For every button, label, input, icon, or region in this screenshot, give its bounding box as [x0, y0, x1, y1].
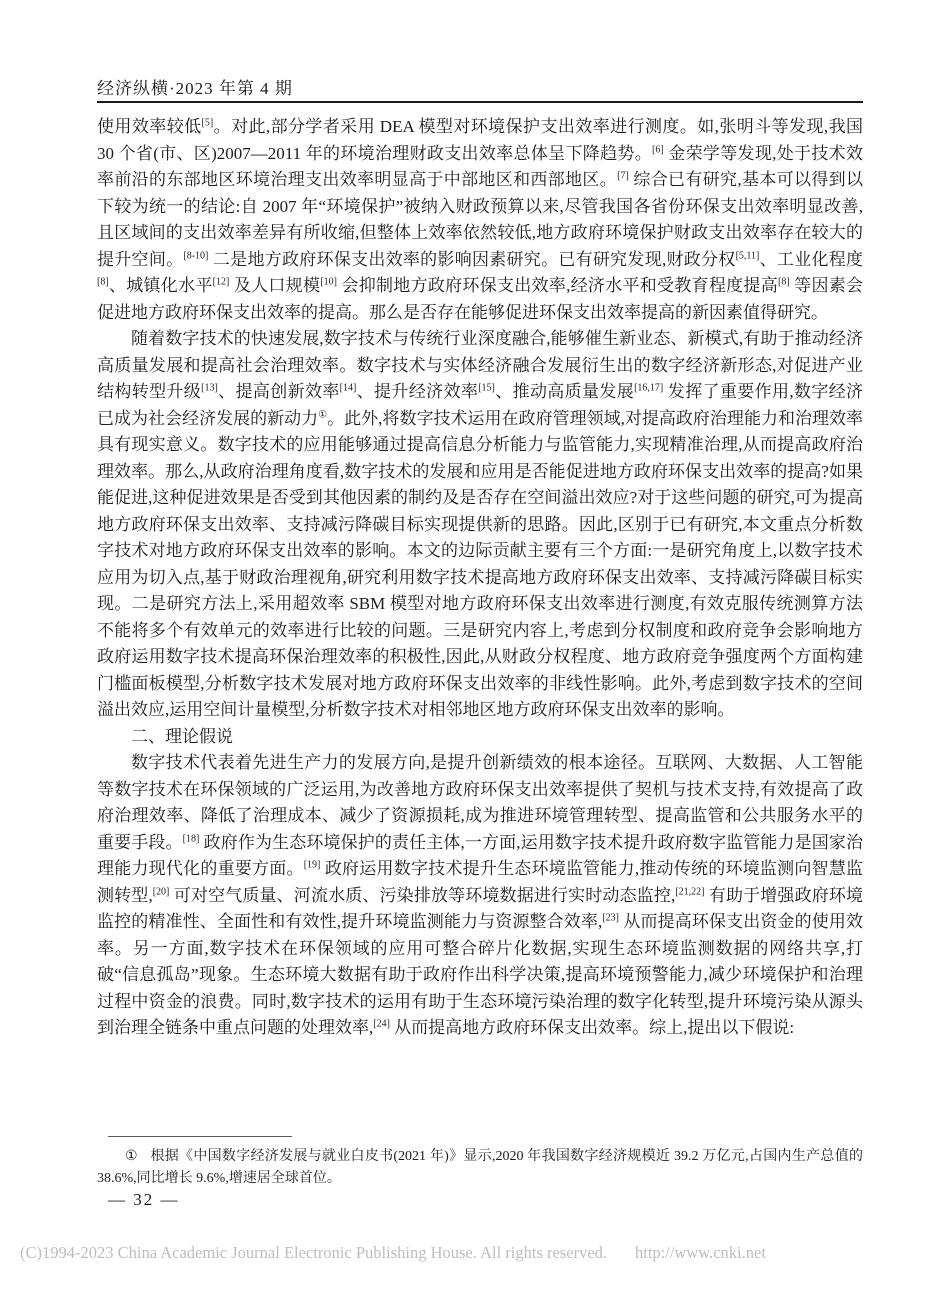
- footnote-rule: [108, 1136, 292, 1137]
- paragraph: 随着数字技术的快速发展,数字技术与传统行业深度融合,能够催生新业态、新模式,有助…: [97, 326, 863, 724]
- footer-copyright: (C)1994-2023 China Academic Journal Elec…: [20, 1243, 607, 1262]
- footnote: ①根据《中国数字经济发展与就业白皮书(2021 年)》显示,2020 年我国数字…: [97, 1146, 863, 1190]
- footnote-marker: ①: [125, 1149, 138, 1164]
- page-number: — 32 —: [108, 1190, 180, 1210]
- citation-marker: [24]: [373, 1018, 390, 1029]
- paragraph: 数字技术代表着先进生产力的发展方向,是提升创新绩效的根本途径。互联网、大数据、人…: [97, 750, 863, 1042]
- citation-marker: [7]: [617, 170, 629, 181]
- citation-marker: [5]: [202, 117, 214, 128]
- citation-marker: [23]: [602, 912, 619, 923]
- footer-watermark: (C)1994-2023 China Academic Journal Elec…: [20, 1243, 930, 1263]
- section-heading: 二、理论假说: [97, 724, 863, 751]
- article-body: 使用效率较低[5]。对此,部分学者采用 DEA 模型对环境保护支出效率进行测度。…: [97, 114, 863, 1042]
- citation-marker: [14]: [340, 382, 357, 393]
- paragraph: 使用效率较低[5]。对此,部分学者采用 DEA 模型对环境保护支出效率进行测度。…: [97, 114, 863, 326]
- citation-marker: [12]: [213, 276, 230, 287]
- citation-marker: [8]: [778, 276, 790, 287]
- footer-url: http://www.cnki.net: [635, 1243, 766, 1262]
- citation-marker: [19]: [304, 859, 321, 870]
- citation-marker: [18]: [183, 833, 200, 844]
- footnote-paragraph: ①根据《中国数字经济发展与就业白皮书(2021 年)》显示,2020 年我国数字…: [97, 1146, 863, 1190]
- citation-marker: [8-10]: [183, 250, 208, 261]
- journal-page: 经济纵横·2023 年第 4 期 使用效率较低[5]。对此,部分学者采用 DEA…: [0, 0, 950, 1290]
- footnote-text: 根据《中国数字经济发展与就业白皮书(2021 年)》显示,2020 年我国数字经…: [97, 1149, 863, 1186]
- citation-marker: [13]: [201, 382, 218, 393]
- citation-marker: [8]: [97, 276, 109, 287]
- citation-marker: [16,17]: [634, 382, 663, 393]
- citation-marker: [21,22]: [675, 886, 704, 897]
- citation-marker: ①: [318, 409, 327, 420]
- citation-marker: [6]: [652, 144, 664, 155]
- journal-header: 经济纵横·2023 年第 4 期: [97, 74, 293, 99]
- citation-marker: [5,11]: [736, 250, 760, 261]
- citation-marker: [15]: [478, 382, 495, 393]
- header-rule: [97, 101, 863, 103]
- citation-marker: [20]: [153, 886, 170, 897]
- citation-marker: [10]: [320, 276, 337, 287]
